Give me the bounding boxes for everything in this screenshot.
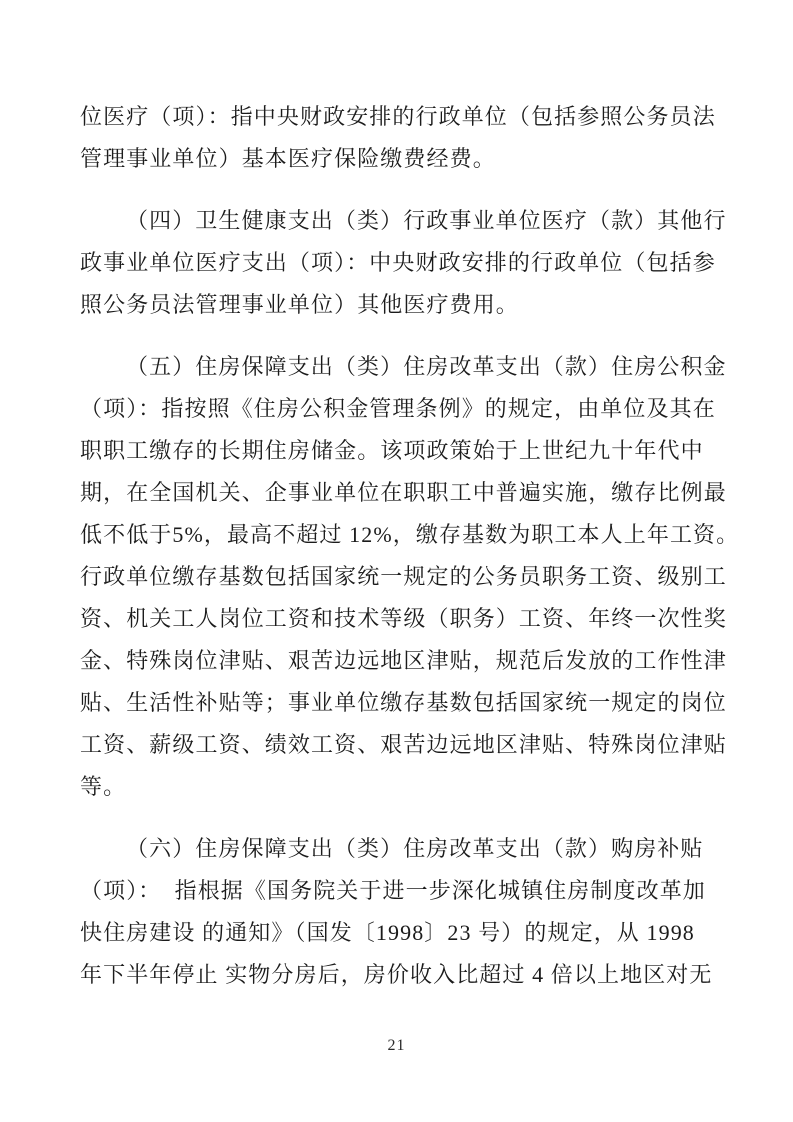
- paragraph-item-4: （四）卫生健康支出（类）行政事业单位医疗（款）其他行 政事业单位医疗支出（项）：…: [80, 200, 735, 326]
- text-line: 管理事业单位）基本医疗保险缴费经费。: [80, 138, 735, 180]
- text-line: 行政单位缴存基数包括国家统一规定的公务员职务工资、级别工: [80, 556, 735, 598]
- text-line: 工资、薪级工资、绩效工资、艰苦边远地区津贴、特殊岗位津贴: [80, 724, 735, 766]
- paragraph-item-6: （六）住房保障支出（类）住房改革支出（款）购房补贴 （项）： 指根据《国务院关于…: [80, 828, 735, 996]
- text-line: 贴、生活性补贴等；事业单位缴存基数包括国家统一规定的岗位: [80, 682, 735, 724]
- paragraph-continued: 位医疗（项）：指中央财政安排的行政单位（包括参照公务员法 管理事业单位）基本医疗…: [80, 96, 735, 180]
- page-number: 21: [0, 1036, 793, 1056]
- text-line: 年下半年停止 实物分房后，房价收入比超过 4 倍以上地区对无: [80, 954, 735, 996]
- text-line: （四）卫生健康支出（类）行政事业单位医疗（款）其他行: [80, 200, 735, 242]
- text-line: （五）住房保障支出（类）住房改革支出（款）住房公积金: [80, 346, 735, 388]
- text-line: 照公务员法管理事业单位）其他医疗费用。: [80, 284, 735, 326]
- document-body: 位医疗（项）：指中央财政安排的行政单位（包括参照公务员法 管理事业单位）基本医疗…: [80, 96, 735, 996]
- text-line: 资、机关工人岗位工资和技术等级（职务）工资、年终一次性奖: [80, 598, 735, 640]
- text-line: 位医疗（项）：指中央财政安排的行政单位（包括参照公务员法: [80, 96, 735, 138]
- text-line: 快住房建设 的通知》（国发〔1998〕23 号）的规定，从 1998: [80, 912, 735, 954]
- text-line: （项）：指按照《住房公积金管理条例》的规定，由单位及其在: [80, 388, 735, 430]
- text-line: 职职工缴存的长期住房储金。该项政策始于上世纪九十年代中: [80, 430, 735, 472]
- text-line: （项）： 指根据《国务院关于进一步深化城镇住房制度改革加: [80, 870, 735, 912]
- document-page: 位医疗（项）：指中央财政安排的行政单位（包括参照公务员法 管理事业单位）基本医疗…: [0, 0, 793, 1122]
- text-line: 期，在全国机关、企事业单位在职职工中普遍实施，缴存比例最: [80, 472, 735, 514]
- text-line: 等。: [80, 766, 735, 808]
- text-line: 金、特殊岗位津贴、艰苦边远地区津贴，规范后发放的工作性津: [80, 640, 735, 682]
- text-line: （六）住房保障支出（类）住房改革支出（款）购房补贴: [80, 828, 735, 870]
- text-line: 政事业单位医疗支出（项）：中央财政安排的行政单位（包括参: [80, 242, 735, 284]
- paragraph-item-5: （五）住房保障支出（类）住房改革支出（款）住房公积金 （项）：指按照《住房公积金…: [80, 346, 735, 808]
- text-line: 低不低于5%，最高不超过 12%，缴存基数为职工本人上年工资。: [80, 514, 735, 556]
